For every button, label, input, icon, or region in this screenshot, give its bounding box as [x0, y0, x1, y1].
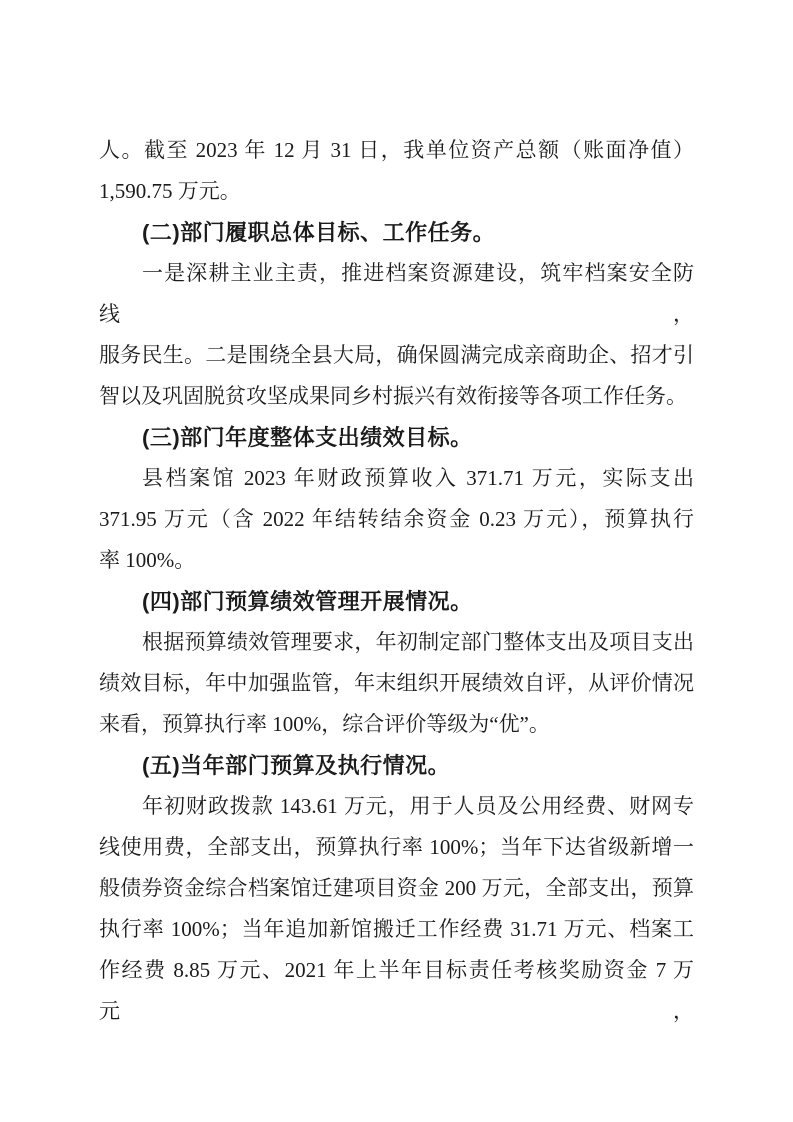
section-heading: (三)部门年度整体支出绩效目标。	[99, 417, 694, 458]
paragraph: 根据预算绩效管理要求，年初制定部门整体支出及项目支出绩效目标，年中加强监管，年末…	[99, 622, 694, 745]
text-line: 1,590.75 万元。	[99, 171, 694, 212]
text-line: 人。截至 2023 年 12 月 31 日，我单位资产总额（账面净值）	[99, 130, 694, 171]
text-line: 服务民生。二是围绕全县大局，确保圆满完成亲商助企、招才引	[99, 335, 694, 376]
text-line: 来看，预算执行率 100%，综合评价等级为“优”。	[99, 704, 694, 745]
text-line: (五)当年部门预算及执行情况。	[99, 745, 694, 786]
text-line: 一是深耕主业主责，推进档案资源建设，筑牢档案安全防线，	[99, 253, 694, 335]
text-line: 根据预算绩效管理要求，年初制定部门整体支出及项目支出	[99, 622, 694, 663]
text-line: 绩效目标，年中加强监管，年末组织开展绩效自评，从评价情况	[99, 663, 694, 704]
text-line: 智以及巩固脱贫攻坚成果同乡村振兴有效衔接等各项工作任务。	[99, 376, 694, 417]
section-heading: (四)部门预算绩效管理开展情况。	[99, 581, 694, 622]
text-line: 371.95 万元（含 2022 年结转结余资金 0.23 万元），预算执行	[99, 499, 694, 540]
section-heading: (五)当年部门预算及执行情况。	[99, 745, 694, 786]
text-line: 率 100%。	[99, 540, 694, 581]
text-line: 年初财政拨款 143.61 万元，用于人员及公用经费、财网专	[99, 786, 694, 827]
paragraph: 一是深耕主业主责，推进档案资源建设，筑牢档案安全防线，服务民生。二是围绕全县大局…	[99, 253, 694, 417]
paragraph: 年初财政拨款 143.61 万元，用于人员及公用经费、财网专线使用费，全部支出，…	[99, 786, 694, 1032]
text-line: 作经费 8.85 万元、2021 年上半年目标责任考核奖励资金 7 万元，	[99, 950, 694, 1032]
text-line: 线使用费，全部支出，预算执行率 100%；当年下达省级新增一	[99, 827, 694, 868]
text-line: 执行率 100%；当年追加新馆搬迁工作经费 31.71 万元、档案工	[99, 909, 694, 950]
paragraph: 人。截至 2023 年 12 月 31 日，我单位资产总额（账面净值）1,590…	[99, 130, 694, 212]
text-line: 县档案馆 2023 年财政预算收入 371.71 万元，实际支出	[99, 458, 694, 499]
section-heading: (二)部门履职总体目标、工作任务。	[99, 212, 694, 253]
text-line: (四)部门预算绩效管理开展情况。	[99, 581, 694, 622]
paragraph: 县档案馆 2023 年财政预算收入 371.71 万元，实际支出371.95 万…	[99, 458, 694, 581]
text-line: (二)部门履职总体目标、工作任务。	[99, 212, 694, 253]
text-line: 般债券资金综合档案馆迁建项目资金 200 万元，全部支出，预算	[99, 868, 694, 909]
document-page: 人。截至 2023 年 12 月 31 日，我单位资产总额（账面净值）1,590…	[0, 0, 793, 1122]
text-line: (三)部门年度整体支出绩效目标。	[99, 417, 694, 458]
